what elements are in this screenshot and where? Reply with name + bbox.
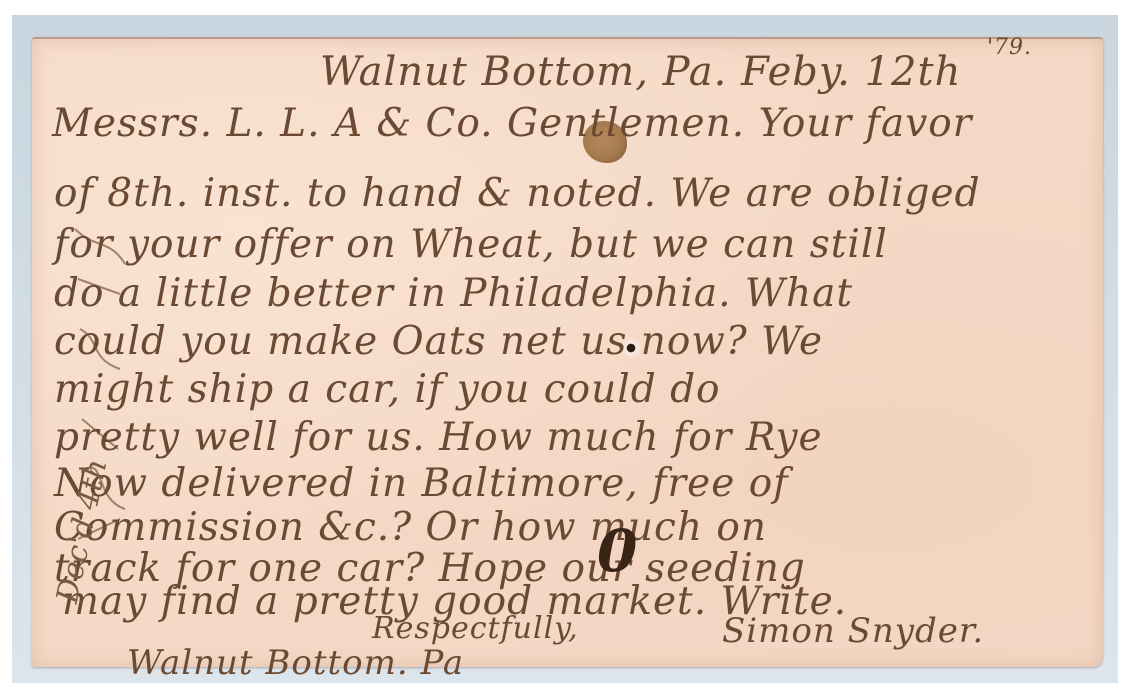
- body-line-8: Commission &c.? Or how much on: [54, 505, 767, 550]
- body-line-2: for your offer on Wheat, but we can stil…: [54, 222, 888, 267]
- body-line-5: might ship a car, if you could do: [54, 367, 721, 412]
- return-address: Walnut Bottom. Pa: [127, 643, 464, 683]
- closing-line: Respectfully,: [372, 611, 579, 646]
- postcard: Walnut Bottom, Pa. Feby. 12th '79. Messr…: [32, 37, 1103, 667]
- body-line-3: do a little better in Philadelphia. What: [54, 271, 853, 316]
- body-line-7: Now delivered in Baltimore, free of: [54, 461, 789, 506]
- body-line-4: could you make Oats net us now? We: [54, 319, 823, 364]
- bold-zero-mark: 0: [597, 517, 637, 585]
- place-date-line: Walnut Bottom, Pa. Feby. 12th: [320, 49, 961, 95]
- signature: Simon Snyder.: [722, 611, 984, 651]
- body-line-6: pretty well for us. How much for Rye: [54, 415, 823, 460]
- body-line-1: of 8th. inst. to hand & noted. We are ob…: [54, 171, 981, 216]
- salutation-line: Messrs. L. L. A & Co. Gentlemen. Your fa…: [52, 101, 972, 146]
- year-mark: '79.: [987, 35, 1032, 60]
